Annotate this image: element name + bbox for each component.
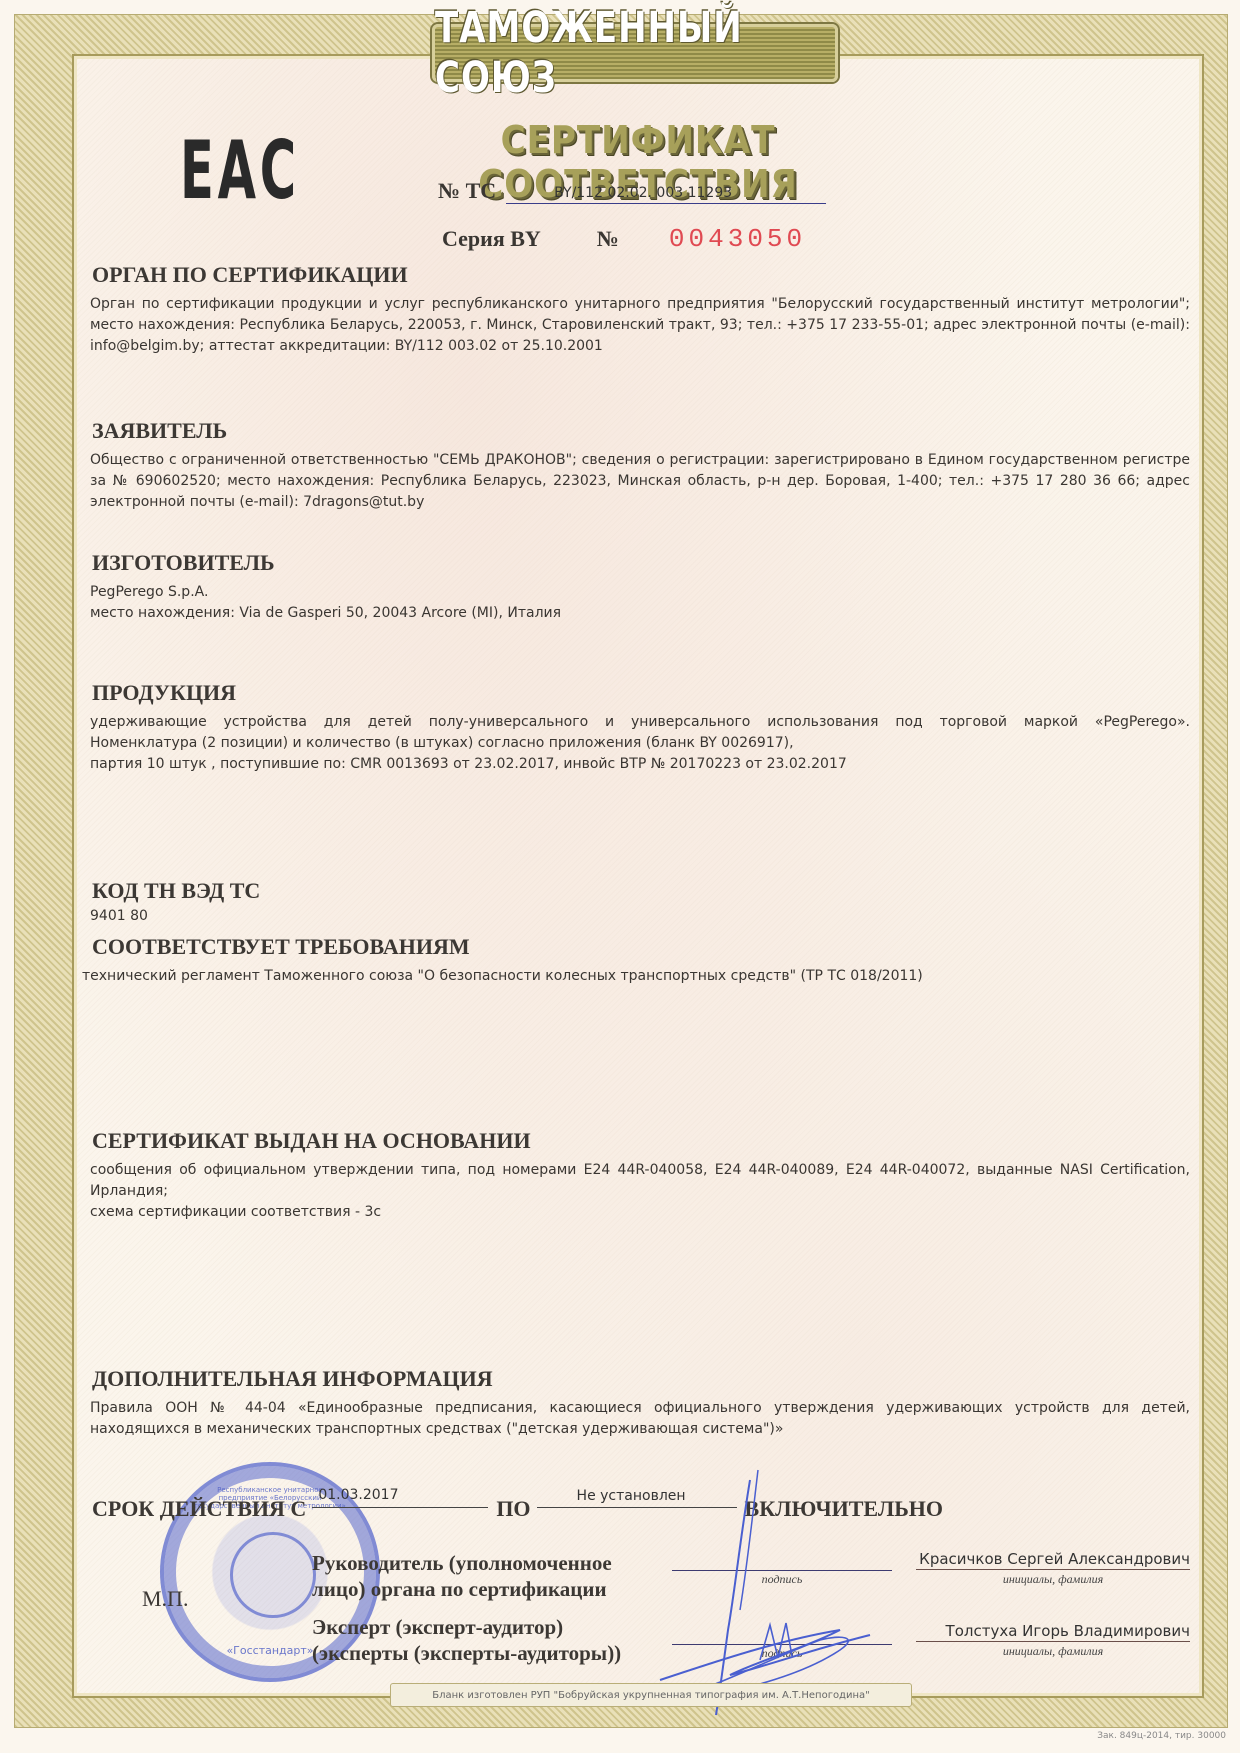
section-heading: ДОПОЛНИТЕЛЬНАЯ ИНФОРМАЦИЯ	[92, 1366, 1190, 1392]
manufacturer-address: место нахождения: Via de Gasperi 50, 200…	[90, 603, 1190, 624]
section-text: Правила ООН № 44-04 «Единообразные предп…	[90, 1398, 1190, 1440]
product-nomenclature: Номенклатура (2 позиции) и количество (в…	[90, 733, 1190, 754]
tc-label: № ТС	[438, 178, 496, 204]
section-heading: ОРГАН ПО СЕРТИФИКАЦИИ	[92, 262, 1190, 288]
section-heading: КОД ТН ВЭД ТС	[92, 878, 1190, 904]
expert-signature-caption: подпись	[672, 1644, 892, 1661]
section-text: технический регламент Таможенного союза …	[82, 966, 1190, 987]
section-heading: СЕРТИФИКАТ ВЫДАН НА ОСНОВАНИИ	[92, 1128, 1190, 1154]
section-conforms: СООТВЕТСТВУЕТ ТРЕБОВАНИЯМ технический ре…	[90, 934, 1190, 987]
basis-scheme: схема сертификации соответствия - 3с	[90, 1202, 1190, 1223]
series-row: Серия BY № 0043050	[442, 224, 806, 254]
tc-number: BY/112 02.02. 003 11293	[506, 185, 826, 204]
expert-name-caption: инициалы, фамилия	[916, 1644, 1190, 1659]
expert-signature-block: Эксперт (эксперт-аудитор) (эксперты (экс…	[312, 1614, 1192, 1674]
coat-of-arms-icon	[230, 1532, 316, 1618]
manufacturer-name: PegPerego S.p.A.	[90, 582, 1190, 603]
seal-place-label: М.П.	[142, 1586, 188, 1612]
validity-from-label: СРОК ДЕЙСТВИЯ С	[92, 1496, 306, 1522]
section-applicant: ЗАЯВИТЕЛЬ Общество с ограниченной ответс…	[90, 418, 1190, 513]
section-hs-code: КОД ТН ВЭД ТС 9401 80	[90, 878, 1190, 927]
expert-role: Эксперт (эксперт-аудитор) (эксперты (экс…	[312, 1614, 652, 1666]
validity-from-date: 01.03.2017	[312, 1487, 488, 1508]
section-additional: ДОПОЛНИТЕЛЬНАЯ ИНФОРМАЦИЯ Правила ООН № …	[90, 1366, 1190, 1440]
validity-to-label: ПО	[496, 1496, 530, 1522]
head-name-caption: инициалы, фамилия	[916, 1572, 1190, 1587]
section-certification-body: ОРГАН ПО СЕРТИФИКАЦИИ Орган по сертифика…	[90, 262, 1190, 357]
validity-row: СРОК ДЕЙСТВИЯ С 01.03.2017 ПО Не установ…	[92, 1496, 943, 1522]
printer-notice: Бланк изготовлен РУП "Бобруйская укрупне…	[390, 1683, 912, 1707]
customs-union-banner: ТАМОЖЕННЫЙ СОЮЗ	[432, 24, 838, 82]
head-signature-caption: подпись	[672, 1570, 892, 1587]
product-description: удерживающие устройства для детей полу-у…	[90, 712, 1190, 733]
hs-code-value: 9401 80	[90, 906, 1190, 927]
section-heading: ЗАЯВИТЕЛЬ	[92, 418, 1190, 444]
tc-number-row: № ТС BY/112 02.02. 003 11293	[438, 178, 826, 204]
section-basis: СЕРТИФИКАТ ВЫДАН НА ОСНОВАНИИ сообщения …	[90, 1128, 1190, 1223]
section-heading: СООТВЕТСТВУЕТ ТРЕБОВАНИЯМ	[92, 934, 1190, 960]
head-name: Красичков Сергей Александрович	[916, 1550, 1190, 1570]
section-heading: ИЗГОТОВИТЕЛЬ	[92, 550, 1190, 576]
expert-name: Толстуха Игорь Владимирович	[916, 1622, 1190, 1642]
banner-text: ТАМОЖЕННЫЙ СОЮЗ	[435, 3, 835, 103]
section-product: ПРОДУКЦИЯ удерживающие устройства для де…	[90, 680, 1190, 775]
print-order-info: Зак. 849ц-2014, тир. 30000	[1097, 1731, 1226, 1741]
head-role: Руководитель (уполномоченное лицо) орган…	[312, 1550, 652, 1602]
validity-inclusive-label: ВКЛЮЧИТЕЛЬНО	[745, 1496, 943, 1522]
section-manufacturer: ИЗГОТОВИТЕЛЬ PegPerego S.p.A. место нахо…	[90, 550, 1190, 624]
product-batch: партия 10 штук , поступившие по: CMR 001…	[90, 754, 1190, 775]
series-number: 0043050	[669, 224, 806, 254]
section-heading: ПРОДУКЦИЯ	[92, 680, 1190, 706]
eac-logo: EAC	[180, 124, 300, 217]
series-no-label: №	[597, 226, 619, 252]
head-signature-block: Руководитель (уполномоченное лицо) орган…	[312, 1550, 1192, 1610]
basis-text: сообщения об официальном утверждении тип…	[90, 1160, 1190, 1202]
section-text: Общество с ограниченной ответственностью…	[90, 450, 1190, 513]
validity-to-date: Не установлен	[537, 1488, 737, 1508]
section-text: Орган по сертификации продукции и услуг …	[90, 294, 1190, 357]
series-label: Серия BY	[442, 226, 541, 252]
